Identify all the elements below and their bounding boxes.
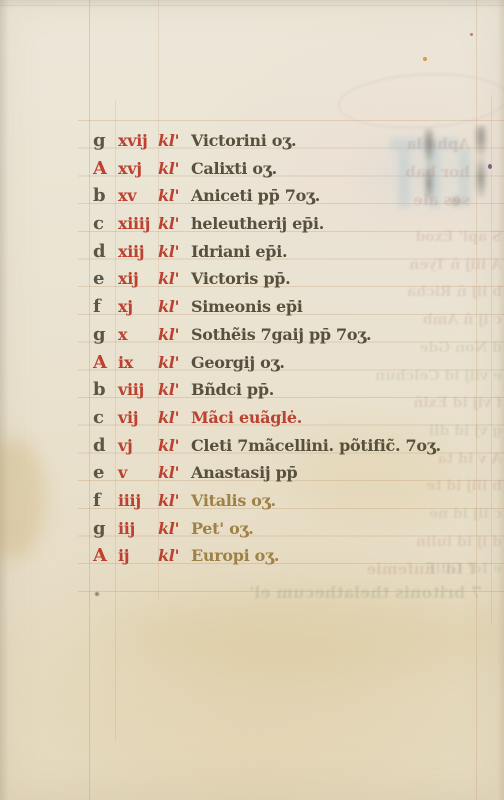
kalends-abbreviation: kl': [158, 459, 191, 487]
kalends-abbreviation: kl': [158, 487, 191, 515]
kalends-abbreviation: kl': [158, 515, 191, 543]
dominical-letter: d: [93, 238, 118, 266]
roman-numeral: vj: [118, 432, 158, 460]
feast-entry: Bñdci pp̄.: [191, 376, 493, 404]
kalends-abbreviation: kl': [158, 293, 191, 321]
calendar-row: f xj kl' Simeonis ep̄i: [93, 293, 493, 321]
ink-speck: [470, 33, 473, 36]
calendar-row: g xvij kl' Victorini oʒ.: [93, 127, 493, 155]
bleedthrough-line: 7 britonis thelathecum el': [150, 580, 482, 606]
roman-numeral: ix: [118, 349, 158, 377]
calendar-row: c xiiij kl' heleutherij ep̄i.: [93, 210, 493, 238]
feast-entry: Victoris pp̄.: [191, 265, 493, 293]
roman-numeral: xiij: [118, 238, 158, 266]
stain: [120, 592, 504, 672]
calendar-text-block: g xvij kl' Victorini oʒ. A xvj kl' Calix…: [93, 127, 493, 570]
feast-entry: Idriani ep̄i.: [191, 238, 493, 266]
roman-numeral: xv: [118, 182, 158, 210]
calendar-row: e xij kl' Victoris pp̄.: [93, 265, 493, 293]
ink-speck: [423, 57, 427, 61]
roman-numeral: xvj: [118, 155, 158, 183]
calendar-row: c vij kl' Mãci euãglė.: [93, 404, 493, 432]
kalends-abbreviation: kl': [158, 127, 191, 155]
roman-numeral: x: [118, 321, 158, 349]
feast-entry: Europi oʒ.: [191, 542, 493, 570]
calendar-row: g iij kl' Pet' oʒ.: [93, 515, 493, 543]
dominical-letter: b: [93, 182, 118, 210]
kalends-abbreviation: kl': [158, 349, 191, 377]
calendar-row: b viij kl' Bñdci pp̄.: [93, 376, 493, 404]
kalends-abbreviation: kl': [158, 182, 191, 210]
roman-numeral: ij: [118, 542, 158, 570]
roman-numeral: iiij: [118, 487, 158, 515]
calendar-row: A ij kl' Europi oʒ.: [93, 542, 493, 570]
kalends-abbreviation: kl': [158, 376, 191, 404]
feast-entry: Vitalis oʒ.: [191, 487, 493, 515]
feast-entry: Sothẽis 7gaij pp̄ 7oʒ.: [191, 321, 493, 349]
dominical-letter: e: [93, 459, 118, 487]
manuscript-page: Apha lahor babses aie S apl' ExodA iiij …: [0, 0, 504, 800]
ruling-line-vertical-left: [89, 0, 90, 800]
dominical-letter: A: [93, 542, 118, 570]
roman-numeral: v: [118, 459, 158, 487]
feast-entry: Georgij oʒ.: [191, 349, 493, 377]
dominical-letter: f: [93, 293, 118, 321]
calendar-row: b xv kl' Aniceti pp̄ 7oʒ.: [93, 182, 493, 210]
roman-numeral: vij: [118, 404, 158, 432]
dominical-letter: c: [93, 404, 118, 432]
dominical-letter: c: [93, 210, 118, 238]
kalends-abbreviation: kl': [158, 238, 191, 266]
roman-numeral: xij: [118, 265, 158, 293]
roman-numeral: xj: [118, 293, 158, 321]
calendar-row: d xiij kl' Idriani ep̄i.: [93, 238, 493, 266]
kalends-abbreviation: kl': [158, 404, 191, 432]
dominical-letter: e: [93, 265, 118, 293]
feast-entry: Cleti 7mãcellini. põtific̃. 7oʒ.: [191, 432, 493, 460]
dominical-letter: g: [93, 515, 118, 543]
kalends-abbreviation: kl': [158, 321, 191, 349]
feast-entry: Pet' oʒ.: [191, 515, 493, 543]
feast-entry: heleutherij ep̄i.: [191, 210, 493, 238]
ink-speck: [95, 592, 99, 596]
erased-oval-mark: [337, 70, 504, 133]
dominical-letter: b: [93, 376, 118, 404]
feast-entry: Simeonis ep̄i: [191, 293, 493, 321]
kalends-abbreviation: kl': [158, 155, 191, 183]
feast-entry: Calixti oʒ.: [191, 155, 493, 183]
kalends-abbreviation: kl': [158, 432, 191, 460]
calendar-row: d vj kl' Cleti 7mãcellini. põtific̃. 7oʒ…: [93, 432, 493, 460]
calendar-row: e v kl' Anastasij pp̄: [93, 459, 493, 487]
feast-entry: Victorini oʒ.: [191, 127, 493, 155]
roman-numeral: iij: [118, 515, 158, 543]
stain: [0, 438, 46, 560]
dominical-letter: g: [93, 321, 118, 349]
dominical-letter: g: [93, 127, 118, 155]
kalends-abbreviation: kl': [158, 542, 191, 570]
dominical-letter: A: [93, 155, 118, 183]
feast-entry: Anastasij pp̄: [191, 459, 493, 487]
feast-entry: Mãci euãglė.: [191, 404, 493, 432]
calendar-row: g x kl' Sothẽis 7gaij pp̄ 7oʒ.: [93, 321, 493, 349]
roman-numeral: viij: [118, 376, 158, 404]
calendar-row: A xvj kl' Calixti oʒ.: [93, 155, 493, 183]
dominical-letter: f: [93, 487, 118, 515]
kalends-abbreviation: kl': [158, 265, 191, 293]
ruling-line-top: [0, 5, 504, 6]
feast-entry: Aniceti pp̄ 7oʒ.: [191, 182, 493, 210]
dominical-letter: d: [93, 432, 118, 460]
roman-numeral: xiiij: [118, 210, 158, 238]
calendar-row: f iiij kl' Vitalis oʒ.: [93, 487, 493, 515]
dominical-letter: A: [93, 349, 118, 377]
roman-numeral: xvij: [118, 127, 158, 155]
calendar-row: A ix kl' Georgij oʒ.: [93, 349, 493, 377]
kalends-abbreviation: kl': [158, 210, 191, 238]
